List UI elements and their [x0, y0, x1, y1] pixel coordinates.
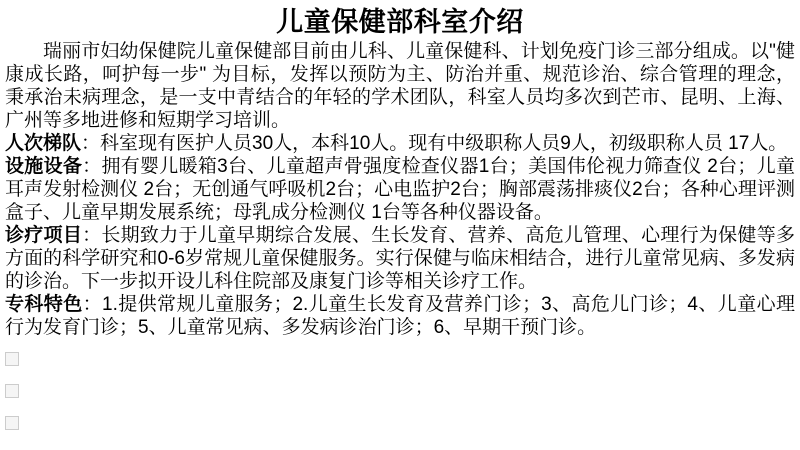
placeholder-square[interactable] [5, 352, 19, 366]
slide-canvas: 儿童保健部科室介绍 瑞丽市妇幼保健院儿童保健部目前由儿科、儿童保健科、计划免疫门… [0, 0, 800, 450]
paragraph: 人次梯队：科室现有医护人员30人，本科10人。现有中级职称人员9人，初级职称人员… [5, 132, 795, 155]
placeholder-square[interactable] [5, 416, 19, 430]
paragraph: 瑞丽市妇幼保健院儿童保健部目前由儿科、儿童保健科、计划免疫门诊三部分组成。以"健… [5, 40, 795, 132]
section-label: 诊疗项目 [5, 225, 82, 246]
slide-body-text: 瑞丽市妇幼保健院儿童保健部目前由儿科、儿童保健科、计划免疫门诊三部分组成。以"健… [5, 40, 795, 339]
paragraph-text: ：长期致力于儿童早期综合发展、生长发育、营养、高危儿管理、心理行为保健等多方面的… [5, 225, 795, 292]
slide-title: 儿童保健部科室介绍 [5, 7, 795, 37]
paragraph-text: ：1.提供常规儿童服务；2.儿童生长发育及营养门诊；3、高危儿门诊；4、儿童心理… [5, 294, 795, 338]
section-label: 人次梯队 [5, 133, 81, 154]
section-label: 设施设备 [5, 156, 82, 177]
paragraph: 设施设备：拥有婴儿暖箱3台、儿童超声骨强度检查仪器1台；美国伟伦视力筛查仪 2台… [5, 155, 795, 224]
paragraph: 专科特色：1.提供常规儿童服务；2.儿童生长发育及营养门诊；3、高危儿门诊；4、… [5, 293, 795, 339]
paragraph-text: 瑞丽市妇幼保健院儿童保健部目前由儿科、儿童保健科、计划免疫门诊三部分组成。以"健… [5, 41, 795, 131]
paragraph-text: ：拥有婴儿暖箱3台、儿童超声骨强度检查仪器1台；美国伟伦视力筛查仪 2台；儿童耳… [5, 156, 795, 223]
placeholder-square[interactable] [5, 384, 19, 398]
paragraph-text: ：科室现有医护人员30人，本科10人。现有中级职称人员9人，初级职称人员 17人… [81, 133, 787, 154]
paragraph: 诊疗项目：长期致力于儿童早期综合发展、生长发育、营养、高危儿管理、心理行为保健等… [5, 224, 795, 293]
placeholder-rail [5, 352, 19, 430]
section-label: 专科特色 [5, 294, 83, 315]
